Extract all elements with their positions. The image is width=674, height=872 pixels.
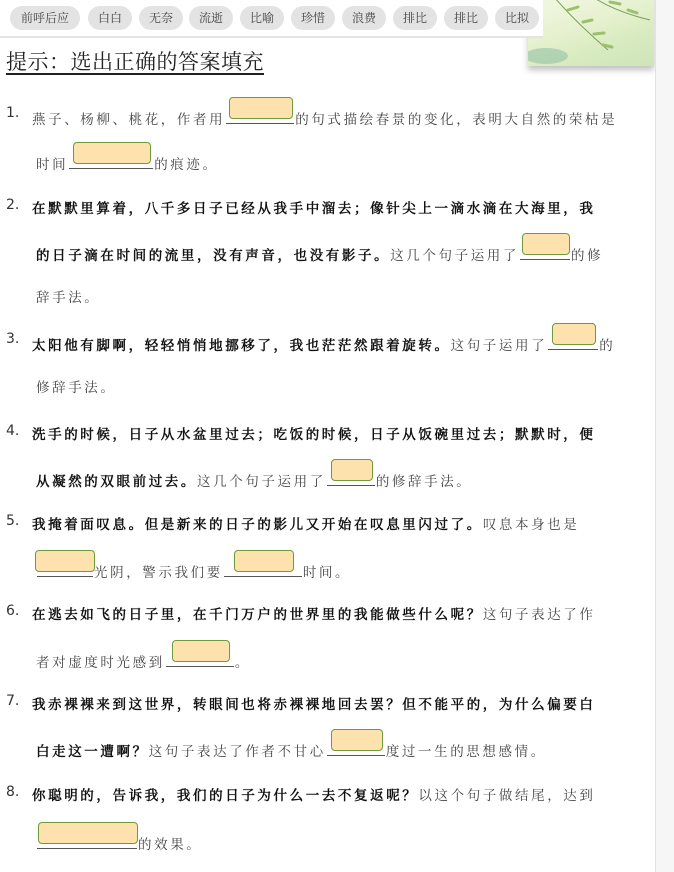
word-chip[interactable]: 比喻 <box>240 6 284 30</box>
answer-blank <box>520 241 570 260</box>
question-number: 3. <box>6 331 19 347</box>
quoted-passage-text: 我赤裸裸来到这世界，转眼间也将赤裸裸地回去罢？但不能平的，为什么偏要白 <box>32 697 596 713</box>
question-number: 5. <box>6 513 19 529</box>
word-chip[interactable]: 浪费 <box>342 6 386 30</box>
quoted-passage-text: 在逃去如飞的日子里，在千门万户的世界里的我能做些什么呢？ <box>32 607 483 623</box>
quoted-passage-text: 在默默里算着，八千多日子已经从我手中溜去；像针尖上一滴水滴在大海里，我 <box>32 201 596 217</box>
question-7-line: 我赤裸裸来到这世界，转眼间也将赤裸裸地回去罢？但不能平的，为什么偏要白 <box>32 693 596 713</box>
quoted-passage-text: 太阳他有脚啊，轻轻悄悄地挪移了，我也茫茫然跟着旋转。 <box>32 338 451 354</box>
question-2-line: 的日子滴在时间的流里，没有声音，也没有影子。这几个句子运用了的修 <box>36 241 603 264</box>
answer-blank <box>166 648 234 667</box>
question-text: 这句子表达了作者不甘心 <box>149 744 326 760</box>
question-5-line: 光阴，警示我们要时间。 <box>36 558 351 581</box>
answer-blank <box>327 737 385 756</box>
question-text: 这句子运用了 <box>451 338 548 354</box>
question-text: 光阴，警示我们要 <box>94 565 223 581</box>
question-6-line: 在逃去如飞的日子里，在千门万户的世界里的我能做些什么呢？这句子表达了作 <box>32 603 596 623</box>
question-number: 2. <box>6 197 19 213</box>
word-chip[interactable]: 比拟 <box>495 6 539 30</box>
question-text: 者对虚度时光感到 <box>36 655 165 671</box>
question-5-line: 我掩着面叹息。但是新来的日子的影儿又开始在叹息里闪过了。叹息本身也是 <box>32 513 579 533</box>
word-chip[interactable]: 珍惜 <box>291 6 335 30</box>
answer-blank <box>224 558 302 577</box>
question-text: 。 <box>235 655 251 671</box>
question-number: 7. <box>6 693 19 709</box>
quoted-passage-text: 我掩着面叹息。但是新来的日子的影儿又开始在叹息里闪过了。 <box>32 517 483 533</box>
worksheet-page: 前呼后应白白无奈流逝比喻珍惜浪费排比排比比拟 提示：选出正确的答案填充 1.燕子… <box>0 0 655 872</box>
question-number: 6. <box>6 603 19 619</box>
answer-drop-slot[interactable] <box>552 323 596 345</box>
hint-heading: 提示：选出正确的答案填充 <box>6 46 264 76</box>
willow-illustration <box>528 0 654 66</box>
question-text: 度过一生的思想感情。 <box>386 744 547 760</box>
word-chip[interactable]: 前呼后应 <box>10 6 80 30</box>
answer-drop-slot[interactable] <box>38 822 138 844</box>
question-2-line: 在默默里算着，八千多日子已经从我手中溜去；像针尖上一滴水滴在大海里，我 <box>32 197 596 217</box>
answer-drop-slot[interactable] <box>73 142 151 164</box>
question-number: 4. <box>6 423 19 439</box>
question-3-line: 太阳他有脚啊，轻轻悄悄地挪移了，我也茫茫然跟着旋转。这句子运用了的 <box>32 331 615 354</box>
question-text: 这几个句子运用了 <box>197 474 326 490</box>
answer-drop-slot[interactable] <box>331 729 383 751</box>
question-8-line: 的效果。 <box>36 830 202 853</box>
quoted-passage-text: 你聪明的，告诉我，我们的日子为什么一去不复返呢？ <box>32 788 418 804</box>
question-4-line: 洗手的时候，日子从水盆里过去；吃饭的时候，日子从饭碗里过去；默默时，便 <box>32 423 596 443</box>
question-text: 燕子、杨柳、桃花，作者用 <box>32 112 225 128</box>
word-chip[interactable]: 排比 <box>393 6 437 30</box>
question-7-line: 白走这一遭啊？这句子表达了作者不甘心度过一生的思想感情。 <box>36 737 547 760</box>
question-4-line: 从凝然的双眼前过去。这几个句子运用了的修辞手法。 <box>36 467 472 490</box>
word-chip[interactable]: 排比 <box>444 6 488 30</box>
word-bank: 前呼后应白白无奈流逝比喻珍惜浪费排比排比比拟 <box>0 0 543 38</box>
answer-blank <box>37 830 137 849</box>
question-text: 修辞手法。 <box>36 380 117 396</box>
question-1-line: 燕子、杨柳、桃花，作者用的句式描绘春景的变化，表明大自然的荣枯是 <box>32 105 617 128</box>
word-chip[interactable]: 流逝 <box>189 6 233 30</box>
question-6-line: 者对虚度时光感到。 <box>36 648 251 671</box>
question-2-line: 辞手法。 <box>36 286 100 306</box>
answer-blank <box>226 105 294 124</box>
question-text: 时间。 <box>303 565 351 581</box>
question-text: 的修辞手法。 <box>376 474 473 490</box>
word-chip[interactable]: 白白 <box>88 6 132 30</box>
answer-blank <box>327 467 375 486</box>
question-8-line: 你聪明的，告诉我，我们的日子为什么一去不复返呢？以这个句子做结尾，达到 <box>32 784 596 804</box>
question-text: 这几个句子运用了 <box>390 248 519 264</box>
question-text: 叹息本身也是 <box>483 517 580 533</box>
question-3-line: 修辞手法。 <box>36 376 117 396</box>
answer-drop-slot[interactable] <box>172 640 230 662</box>
word-chip[interactable]: 无奈 <box>139 6 183 30</box>
question-text: 的效果。 <box>138 837 202 853</box>
answer-drop-slot[interactable] <box>35 550 95 572</box>
quoted-passage-text: 洗手的时候，日子从水盆里过去；吃饭的时候，日子从饭碗里过去；默默时，便 <box>32 427 596 443</box>
question-text: 的句式描绘春景的变化，表明大自然的荣枯是 <box>295 112 617 128</box>
answer-drop-slot[interactable] <box>229 97 293 119</box>
question-text: 时间 <box>36 157 68 173</box>
question-number: 1. <box>6 105 19 121</box>
question-1-line: 时间的痕迹。 <box>36 150 219 173</box>
question-text: 以这个句子做结尾，达到 <box>418 788 595 804</box>
answer-drop-slot[interactable] <box>331 459 373 481</box>
answer-blank <box>69 150 153 169</box>
question-text: 这句子表达了作 <box>483 607 596 623</box>
question-text: 的修 <box>571 248 603 264</box>
answer-blank <box>548 331 598 350</box>
quoted-passage-text: 白走这一遭啊？ <box>36 744 149 760</box>
question-text: 的 <box>599 338 615 354</box>
answer-drop-slot[interactable] <box>234 550 294 572</box>
question-number: 8. <box>6 784 19 800</box>
answer-drop-slot[interactable] <box>522 233 570 255</box>
answer-blank <box>37 558 93 577</box>
question-text: 辞手法。 <box>36 290 100 306</box>
quoted-passage-text: 从凝然的双眼前过去。 <box>36 474 197 490</box>
scrollbar-track[interactable] <box>655 0 674 872</box>
question-text: 的痕迹。 <box>154 157 218 173</box>
quoted-passage-text: 的日子滴在时间的流里，没有声音，也没有影子。 <box>36 248 390 264</box>
